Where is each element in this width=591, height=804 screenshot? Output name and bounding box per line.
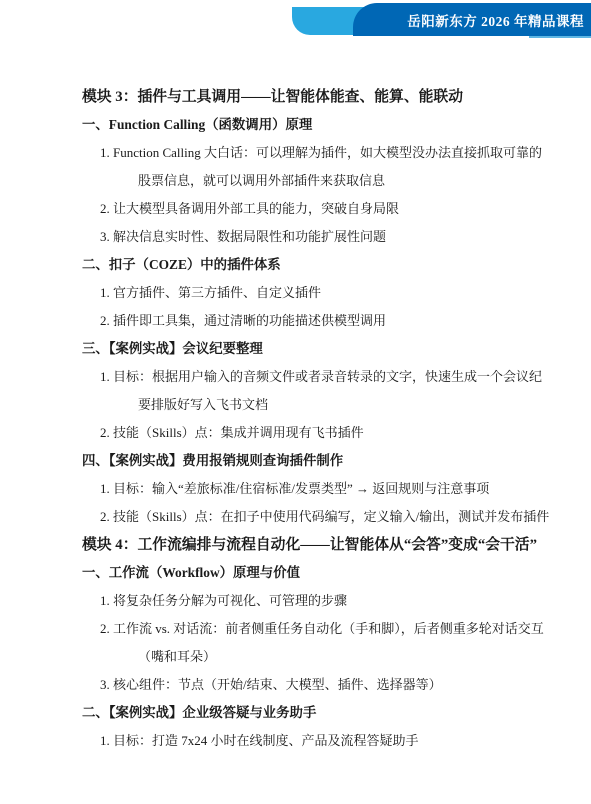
outline-item: 1. 目标：输入“差旅标准/住宿标准/发票类型” → 返回规则与注意事项 (100, 482, 572, 496)
outline-item: 1. 官方插件、第三方插件、自定义插件 (100, 286, 572, 300)
header-banner: 岳阳新东方 2026 年精品课程 (0, 0, 591, 46)
outline-item: 3. 核心组件：节点（开始/结束、大模型、插件、选择器等） (100, 678, 572, 692)
course-outline-document: 模块 3：插件与工具调用——让智能体能查、能算、能联动 一、Function C… (82, 90, 572, 762)
outline-item: 1. 目标：打造 7x24 小时在线制度、产品及流程答疑助手 (100, 734, 572, 748)
outline-item: 1. 目标：根据用户输入的音频文件或者录音转录的文字，快速生成一个会议纪 (100, 370, 572, 384)
module-4-title: 模块 4：工作流编排与流程自动化——让智能体从“会答”变成“会干活” (82, 538, 572, 553)
outline-item: 2. 工作流 vs. 对话流：前者侧重任务自动化（手和脚），后者侧重多轮对话交互 (100, 622, 572, 636)
outline-item: 2. 技能（Skills）点：在扣子中使用代码编写，定义输入/输出，测试并发布插… (100, 510, 572, 524)
banner-accent-line (529, 36, 591, 38)
outline-item-continuation: 股票信息，就可以调用外部插件来获取信息 (138, 174, 572, 188)
outline-item: 2. 插件即工具集，通过清晰的功能描述供模型调用 (100, 314, 572, 328)
outline-item: 2. 技能（Skills）点：集成并调用现有飞书插件 (100, 426, 572, 440)
section-heading: 一、工作流（Workflow）原理与价值 (82, 566, 572, 580)
outline-item-continuation: 要排版好写入飞书文档 (138, 398, 572, 412)
outline-item-continuation: （嘴和耳朵） (138, 650, 572, 664)
section-heading: 二、扣子（COZE）中的插件体系 (82, 258, 572, 272)
outline-item: 2. 让大模型具备调用外部工具的能力，突破自身局限 (100, 202, 572, 216)
outline-item: 3. 解决信息实时性、数据局限性和功能扩展性问题 (100, 230, 572, 244)
section-heading: 一、Function Calling（函数调用）原理 (82, 118, 572, 132)
outline-item: 1. 将复杂任务分解为可视化、可管理的步骤 (100, 594, 572, 608)
section-heading: 四、【案例实战】费用报销规则查询插件制作 (82, 454, 572, 468)
banner-ribbon: 岳阳新东方 2026 年精品课程 (353, 3, 591, 36)
section-heading: 二、【案例实战】企业级答疑与业务助手 (82, 706, 572, 720)
outline-item: 1. Function Calling 大白话：可以理解为插件，如大模型没办法直… (100, 146, 572, 160)
banner-title: 岳阳新东方 2026 年精品课程 (407, 10, 584, 30)
section-heading: 三、【案例实战】会议纪要整理 (82, 342, 572, 356)
module-3-title: 模块 3：插件与工具调用——让智能体能查、能算、能联动 (82, 90, 572, 105)
